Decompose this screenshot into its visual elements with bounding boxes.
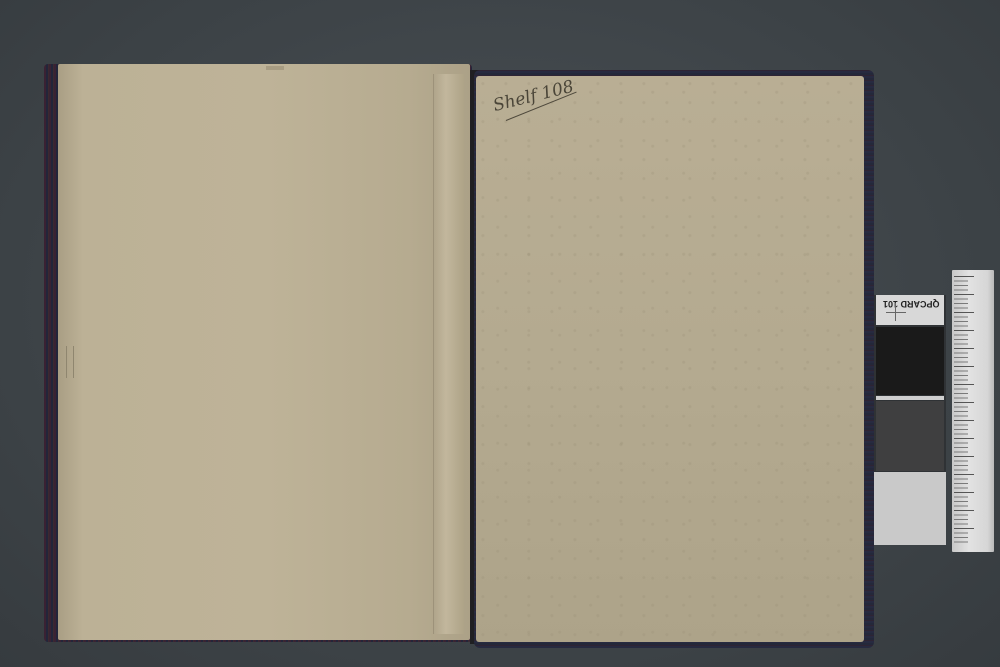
crosshair-icon <box>886 312 906 313</box>
crosshair-icon-vertical <box>895 303 896 321</box>
measurement-ruler <box>952 270 994 552</box>
right-endpaper: Shelf 108 <box>476 76 864 642</box>
page-stub <box>433 74 464 634</box>
calibration-card: QPCARD 101 <box>874 295 946 545</box>
black-patch <box>876 327 944 395</box>
gray-patch <box>876 401 944 471</box>
page-fold <box>66 346 74 378</box>
ruler-major-ticks <box>954 276 974 546</box>
left-endpaper <box>58 64 470 640</box>
white-patch <box>874 472 946 545</box>
page-tab <box>266 66 284 70</box>
calibration-card-text: QPCARD 101 <box>883 299 940 309</box>
patch-separator <box>876 396 944 400</box>
calibration-card-label: QPCARD 101 <box>876 295 944 325</box>
